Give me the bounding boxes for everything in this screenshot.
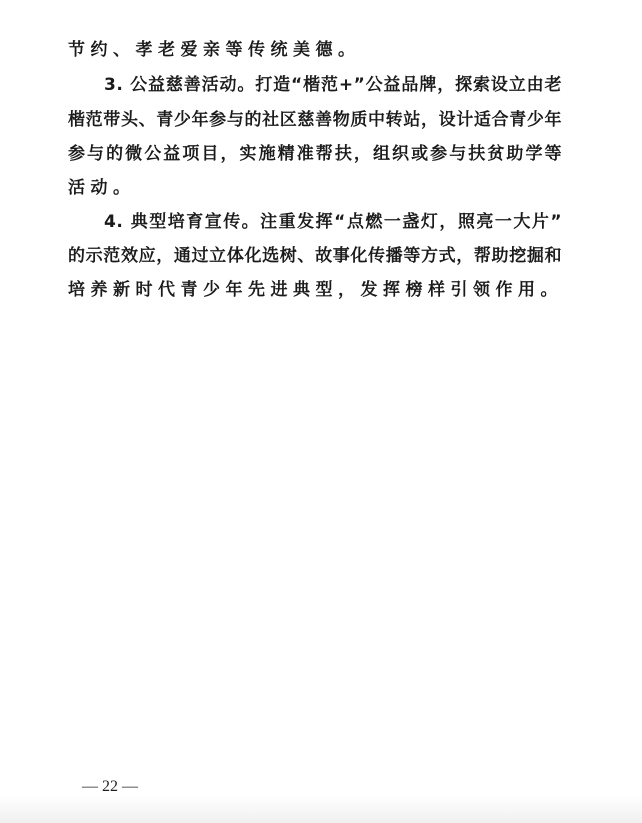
paragraph-line: 节约、孝老爱亲等传统美德。 [68,38,562,62]
paragraph-line: 的示范效应，通过立体化选树、故事化传播等方式，帮助挖掘和 [68,244,562,268]
paragraph-line: 活动。 [68,176,562,200]
page-number: — 22 — [82,778,138,796]
page-bottom-edge [0,795,642,823]
paragraph-line: 参与的微公益项目，实施精准帮扶，组织或参与扶贫助学等 [68,142,562,166]
paragraph-line: 楷范带头、青少年参与的社区慈善物质中转站，设计适合青少年 [68,108,562,132]
paragraph-line: 4. 典型培育宣传。注重发挥“点燃一盏灯，照亮一大片” [104,210,562,234]
paragraph-line: 3. 公益慈善活动。打造“楷范+”公益品牌，探索设立由老 [104,73,562,97]
paragraph-line: 培养新时代青少年先进典型，发挥榜样引领作用。 [68,278,562,302]
document-page: 节约、孝老爱亲等传统美德。 3. 公益慈善活动。打造“楷范+”公益品牌，探索设立… [0,0,642,823]
